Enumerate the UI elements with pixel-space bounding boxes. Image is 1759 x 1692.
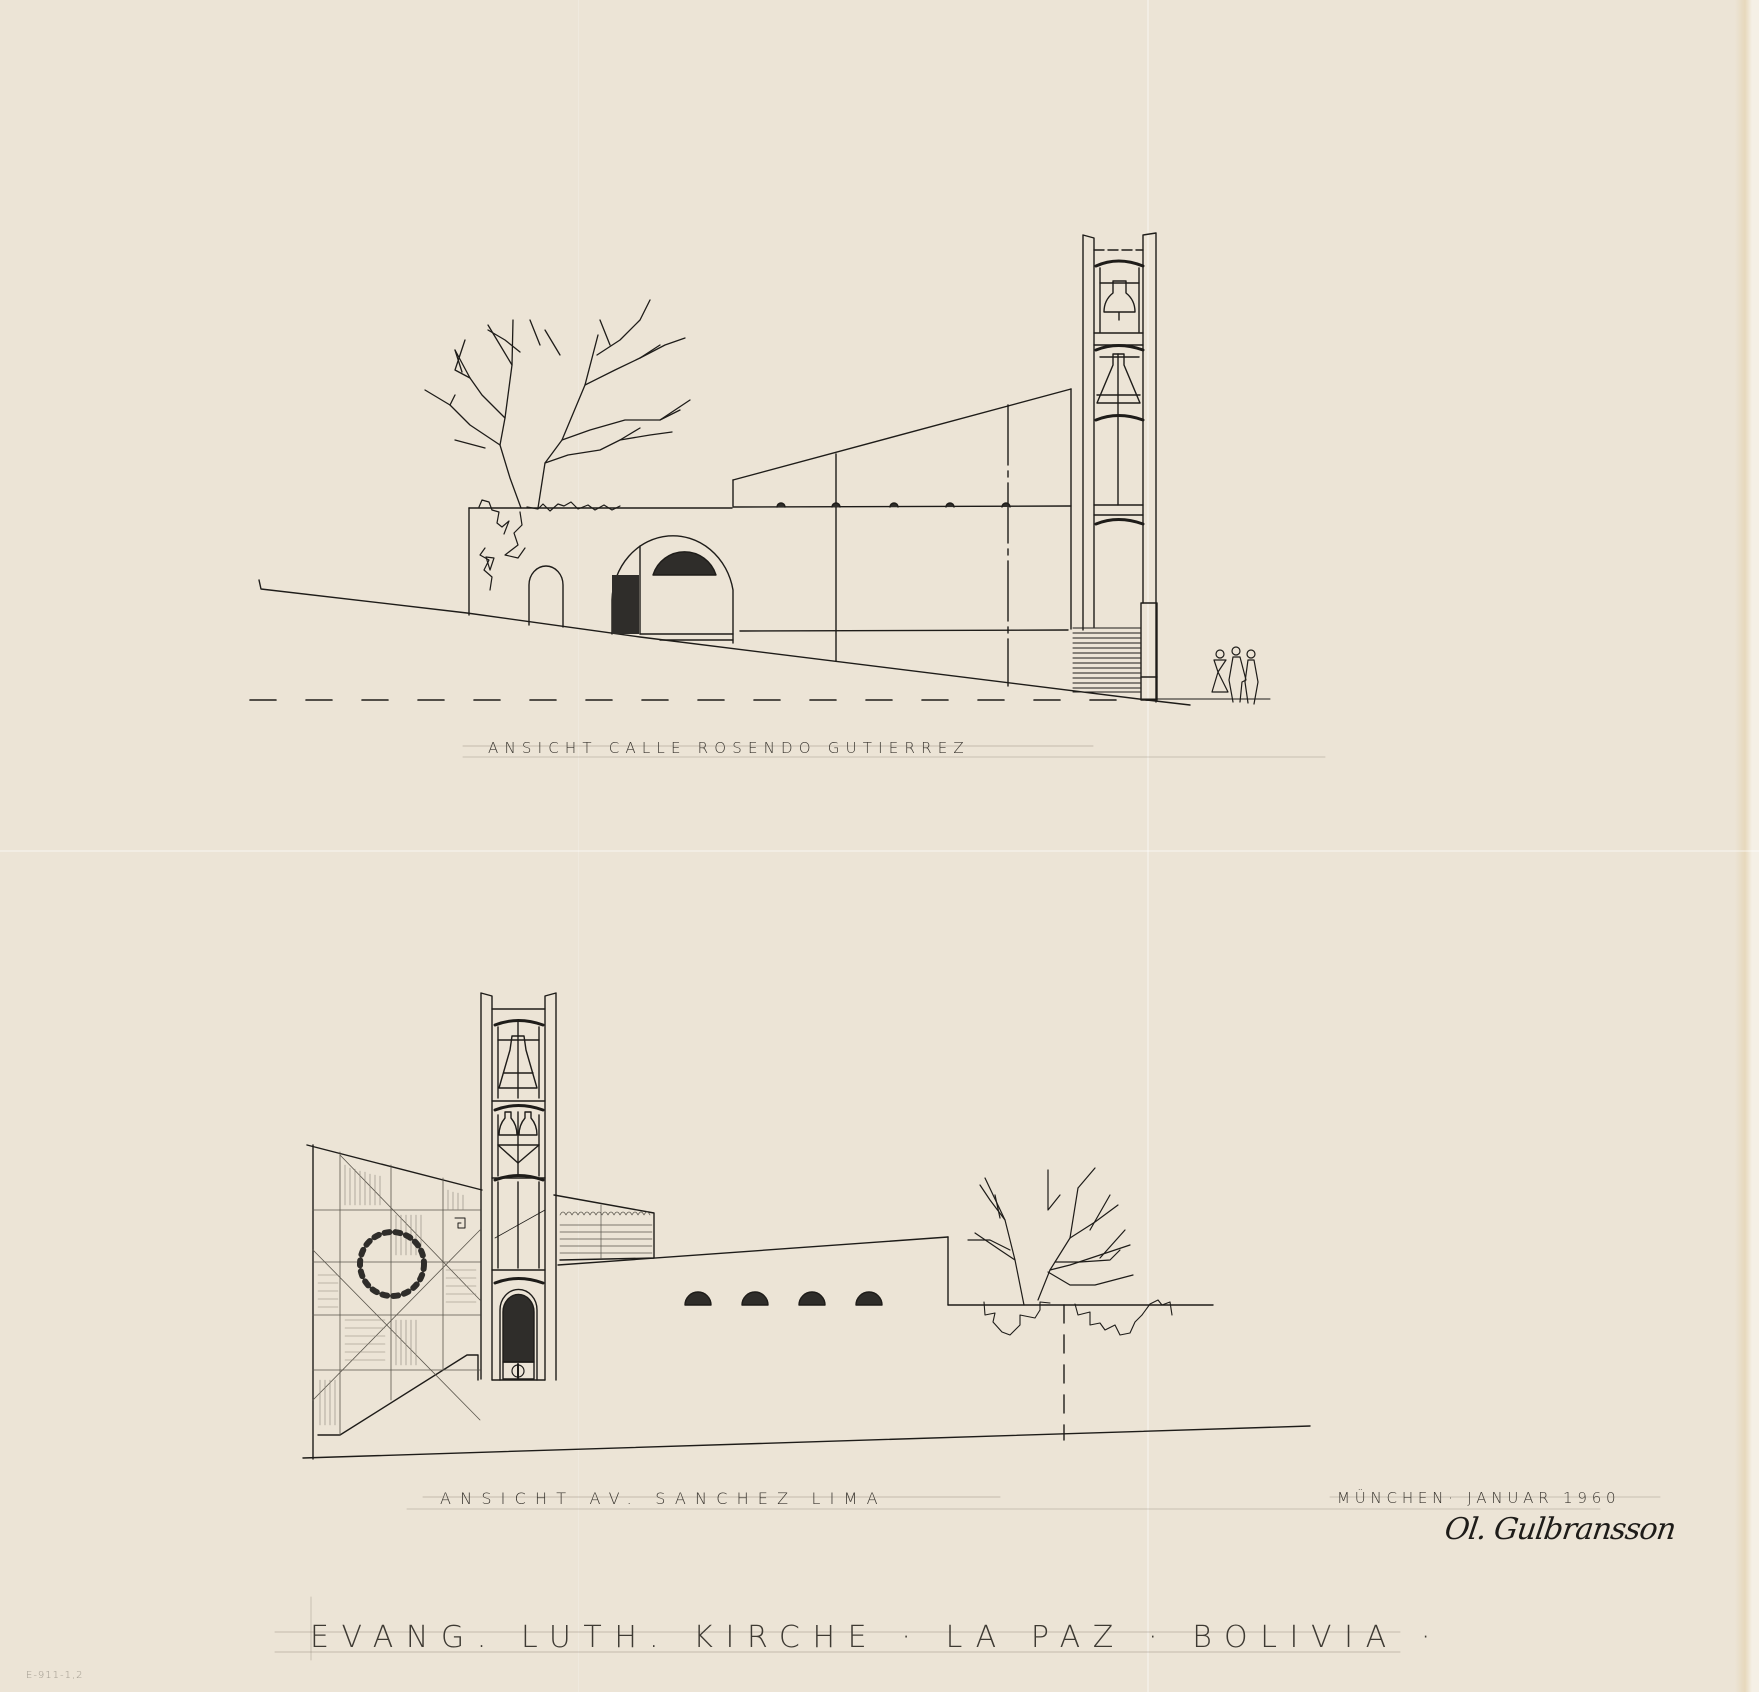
semicircular-window-2 (742, 1292, 768, 1305)
elevation-caption-top: ANSICHT CALLE ROSENDO GUTIERREZ (488, 739, 970, 757)
small-arched-door (529, 566, 563, 627)
sloped-roof-wedge (554, 1195, 654, 1260)
tower-doorway (503, 1294, 534, 1362)
mosaic-facade (307, 1145, 482, 1459)
bell-tower-bottom (481, 993, 556, 1380)
arched-entrance (612, 536, 733, 643)
lunette-window (653, 552, 716, 575)
bell-icon (499, 1112, 517, 1135)
nave-wall (558, 1237, 1213, 1440)
bell-tower-top (1083, 233, 1157, 702)
semicircular-window-1 (685, 1292, 711, 1305)
elevation-bottom (303, 993, 1660, 1509)
meander-glyph (455, 1218, 465, 1228)
entry-stairs (1073, 628, 1140, 692)
elevation-caption-bottom: ANSICHT AV. SANCHEZ LIMA (440, 1489, 887, 1508)
place-date-label: MÜNCHEN· JANUAR 1960 (1337, 1489, 1620, 1507)
ground-line (303, 1426, 1310, 1458)
semicircular-window-4 (856, 1292, 882, 1305)
archive-number: E-911-1,2 (26, 1670, 84, 1681)
bare-tree-bottom (968, 1168, 1172, 1335)
human-figures (1212, 647, 1258, 704)
bell-icon (519, 1112, 537, 1135)
sloped-ground-line (259, 580, 1190, 705)
dark-doorway (612, 575, 639, 634)
drawing-canvas (0, 0, 1759, 1692)
nave (733, 389, 1071, 686)
elevation-top (250, 233, 1325, 757)
bare-tree-top (425, 300, 690, 508)
architect-signature: Ol. Gulbransson (1443, 1512, 1678, 1547)
sheet-title: EVANG. LUTH. KIRCHE · LA PAZ · BOLIVIA · (310, 1620, 1443, 1655)
rose-window (360, 1232, 424, 1296)
bell-icon (1104, 281, 1135, 312)
semicircular-window-3 (799, 1292, 825, 1305)
